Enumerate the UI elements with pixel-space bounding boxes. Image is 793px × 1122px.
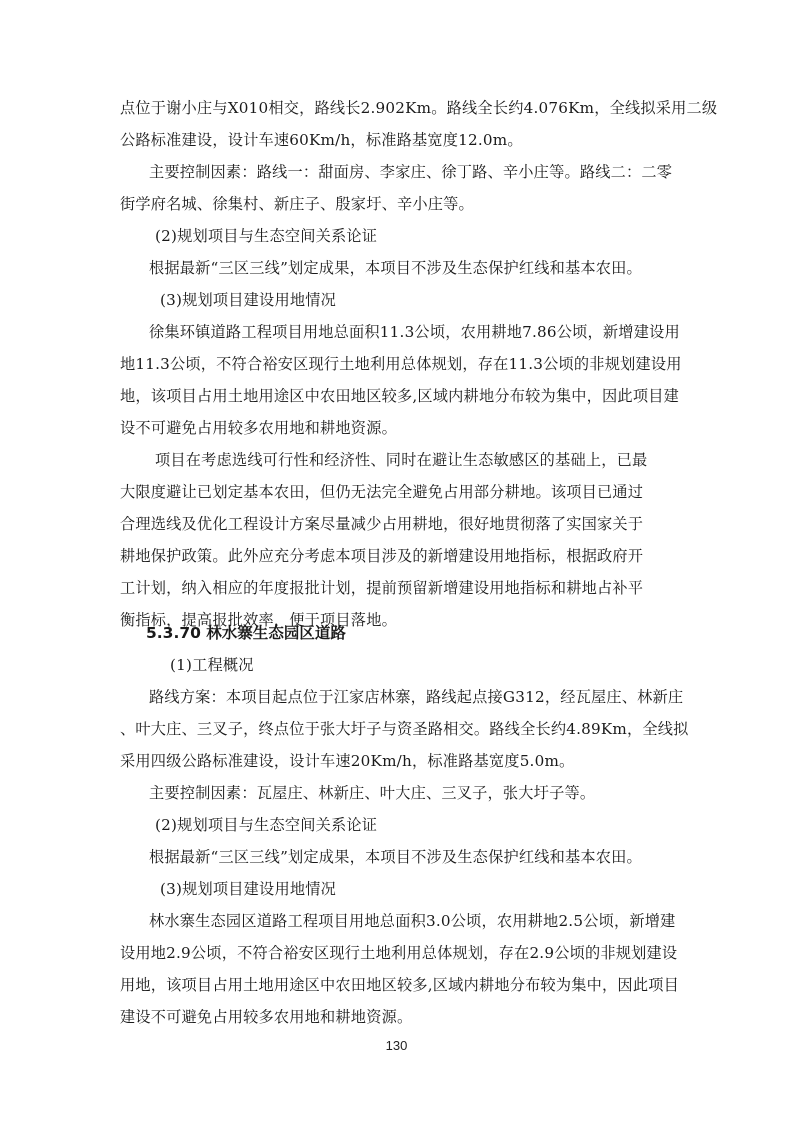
subsection-title: (2)规划项目与生态空间关系论证 — [155, 815, 703, 835]
paragraph-line: 地，该项目占用土地用途区中农田地区较多,区域内耕地分布较为集中，因此项目建 — [120, 386, 668, 406]
subsection-title: (3)规划项目建设用地情况 — [160, 879, 708, 899]
paragraph-line: 根据最新“三区三线”划定成果，本项目不涉及生态保护红线和基本农田。 — [149, 258, 697, 278]
paragraph-line: 设不可避免占用较多农用地和耕地资源。 — [120, 418, 668, 438]
paragraph-line: 主要控制因素：路线一：甜面房、李家庄、徐丁路、辛小庄等。路线二：二零 — [149, 162, 697, 182]
paragraph-line: 用地，该项目占用土地用途区中农田地区较多,区域内耕地分布较为集中，因此项目 — [120, 975, 668, 995]
paragraph-line: 根据最新“三区三线”划定成果，本项目不涉及生态保护红线和基本农田。 — [149, 847, 697, 867]
section-heading: 5.3.70 林水寨生态园区道路 — [146, 623, 346, 643]
paragraph-line: 建设不可避免占用较多农用地和耕地资源。 — [120, 1007, 668, 1027]
document-page: 点位于谢小庄与X010相交，路线长2.902Km。路线全长约4.076Km，全线… — [0, 0, 793, 1122]
paragraph-line: 项目在考虑选线可行性和经济性、同时在避让生态敏感区的基础上，已最 — [155, 450, 703, 470]
paragraph-line: 采用四级公路标准建设，设计车速20Km/h，标准路基宽度5.0m。 — [120, 751, 668, 771]
paragraph-line: 工计划，纳入相应的年度报批计划，提前预留新增建设用地指标和耕地占补平 — [120, 578, 668, 598]
paragraph-line: 、叶大庄、三叉子，终点位于张大圩子与资圣路相交。路线全长约4.89Km，全线拟 — [120, 719, 668, 739]
paragraph-line: 街学府名城、徐集村、新庄子、殷家圩、辛小庄等。 — [120, 194, 668, 214]
paragraph-line: 林水寨生态园区道路工程项目用地总面积3.0公顷，农用耕地2.5公顷，新增建 — [149, 911, 697, 931]
paragraph-line: 耕地保护政策。此外应充分考虑本项目涉及的新增建设用地指标，根据政府开 — [120, 546, 668, 566]
paragraph-line: 地11.3公顷，不符合裕安区现行土地利用总体规划，存在11.3公顷的非规划建设用 — [120, 354, 668, 374]
paragraph-line: 主要控制因素：瓦屋庄、林新庄、叶大庄、三叉子，张大圩子等。 — [149, 783, 697, 803]
paragraph-line: 点位于谢小庄与X010相交，路线长2.902Km。路线全长约4.076Km，全线… — [120, 98, 668, 118]
subsection-title: (1)工程概况 — [170, 655, 718, 675]
subsection-title: (3)规划项目建设用地情况 — [160, 290, 708, 310]
subsection-title: (2)规划项目与生态空间关系论证 — [155, 226, 703, 246]
paragraph-line: 公路标准建设，设计车速60Km/h，标准路基宽度12.0m。 — [120, 130, 668, 150]
paragraph-line: 徐集环镇道路工程项目用地总面积11.3公顷，农用耕地7.86公顷，新增建设用 — [149, 322, 697, 342]
paragraph-line: 路线方案：本项目起点位于江家店林寨，路线起点接G312，经瓦屋庄、林新庄 — [149, 687, 697, 707]
paragraph-line: 合理选线及优化工程设计方案尽量减少占用耕地，很好地贯彻落了实国家关于 — [120, 514, 668, 534]
paragraph-line: 大限度避让已划定基本农田，但仍无法完全避免占用部分耕地。该项目已通过 — [120, 482, 668, 502]
paragraph-line: 设用地2.9公顷，不符合裕安区现行土地利用总体规划，存在2.9公顷的非规划建设 — [120, 943, 668, 963]
page-number: 130 — [0, 1038, 793, 1053]
